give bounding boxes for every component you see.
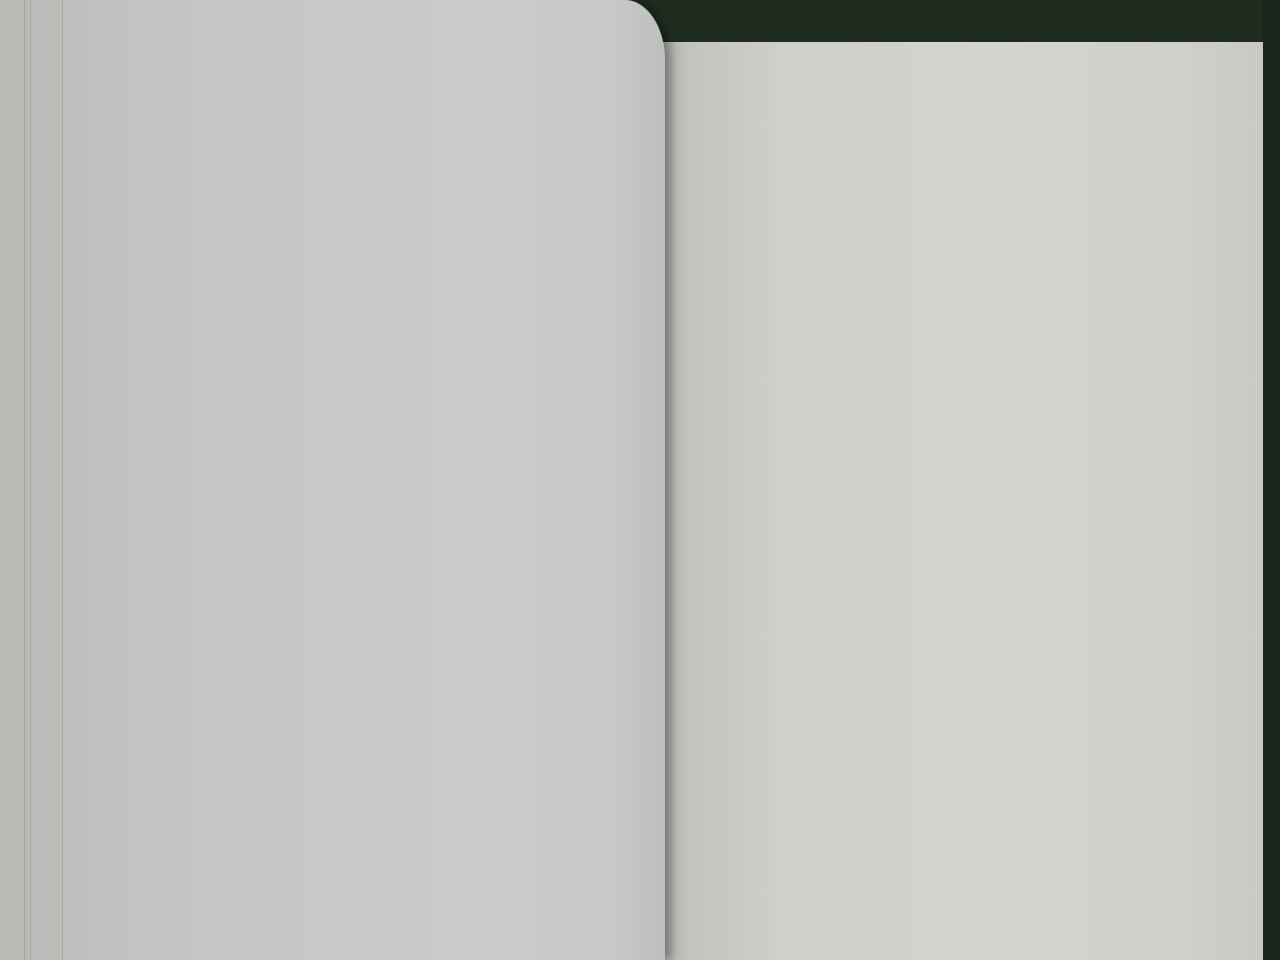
page-edge-line — [30, 0, 31, 960]
page-edge-line — [62, 0, 63, 960]
page-edge-line — [24, 0, 25, 960]
book-photo: II. LES ANTECEDENTS POLITIQUES ET LA CRI… — [0, 0, 1280, 960]
background-edge — [1262, 0, 1280, 960]
left-page — [0, 0, 665, 960]
right-page — [663, 42, 1263, 960]
